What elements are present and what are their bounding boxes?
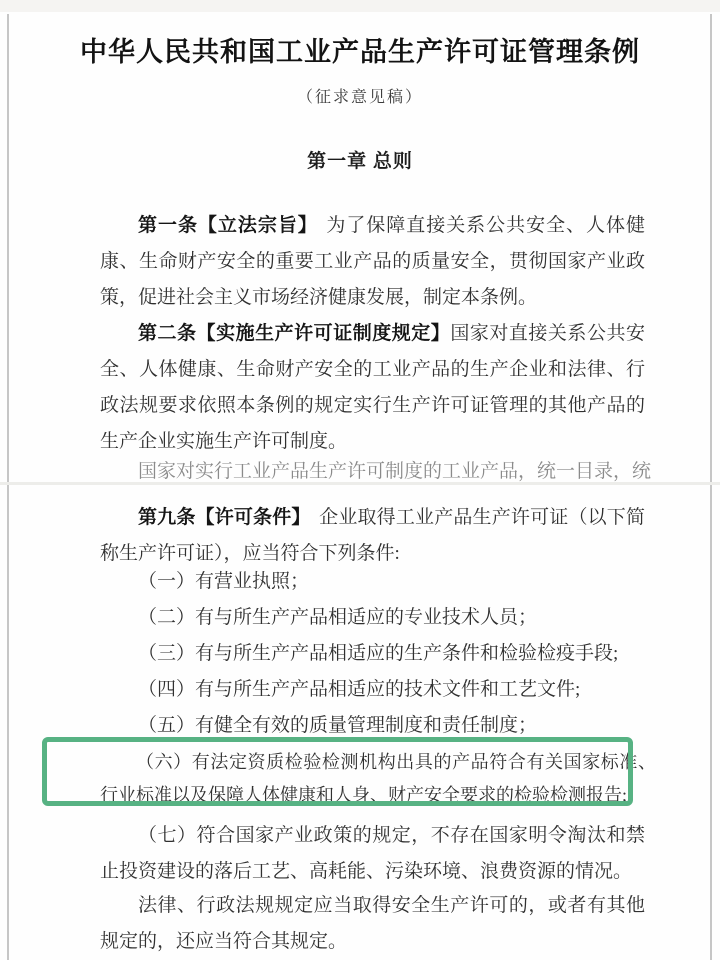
condition-item-4: （四）有与所生产产品相适应的技术文件和工艺文件; bbox=[100, 678, 660, 702]
document-subtitle: （征求意见稿） bbox=[0, 84, 720, 107]
closing-paragraph: 法律、行政法规规定应当取得安全生产许可的，或者有其他规定的，还应当符合其规定。 bbox=[100, 888, 645, 960]
truncated-paragraph-line: 国家对实行工业产品生产许可制度的工业产品，统一目录，统 bbox=[100, 458, 660, 483]
article-9: 第九条【许可条件】企业取得工业产品生产许可证（以下简称生产许可证），应当符合下列… bbox=[100, 500, 645, 572]
condition-item-3: （三）有与所生产产品相适应的生产条件和检验检疫手段; bbox=[100, 642, 660, 666]
condition-item-5: （五）有健全有效的质量管理制度和责任制度； bbox=[100, 714, 660, 738]
article-1-heading: 第一条【立法宗旨】 bbox=[138, 215, 318, 236]
condition-item-6: （六）有法定资质检验检测机构出具的产品符合有关国家标准、行业标准以及保障人体健康… bbox=[100, 746, 656, 812]
document-title: 中华人民共和国工业产品生产许可证管理条例 bbox=[0, 30, 720, 69]
chapter-heading: 第一章 总则 bbox=[0, 146, 720, 173]
document-page: 中华人民共和国工业产品生产许可证管理条例 （征求意见稿） 第一章 总则 第一条【… bbox=[0, 0, 720, 960]
article-2-heading: 第二条【实施生产许可证制度规定】 bbox=[138, 323, 450, 344]
article-9-heading: 第九条【许可条件】 bbox=[138, 507, 311, 528]
page-top-edge bbox=[0, 0, 720, 12]
condition-item-7: （七）符合国家产业政策的规定，不存在国家明令淘汰和禁止投资建设的落后工艺、高耗能… bbox=[100, 818, 645, 890]
condition-item-2: （二）有与所生产产品相适应的专业技术人员； bbox=[100, 606, 660, 630]
screenshot-stitch-seam bbox=[0, 482, 720, 485]
condition-item-1: （一）有营业执照； bbox=[100, 570, 660, 594]
article-2: 第二条【实施生产许可证制度规定】国家对直接关系公共安全、人体健康、生命财产安全的… bbox=[100, 316, 645, 460]
article-1: 第一条【立法宗旨】为了保障直接关系公共安全、人体健康、生命财产安全的重要工业产品… bbox=[100, 208, 645, 316]
